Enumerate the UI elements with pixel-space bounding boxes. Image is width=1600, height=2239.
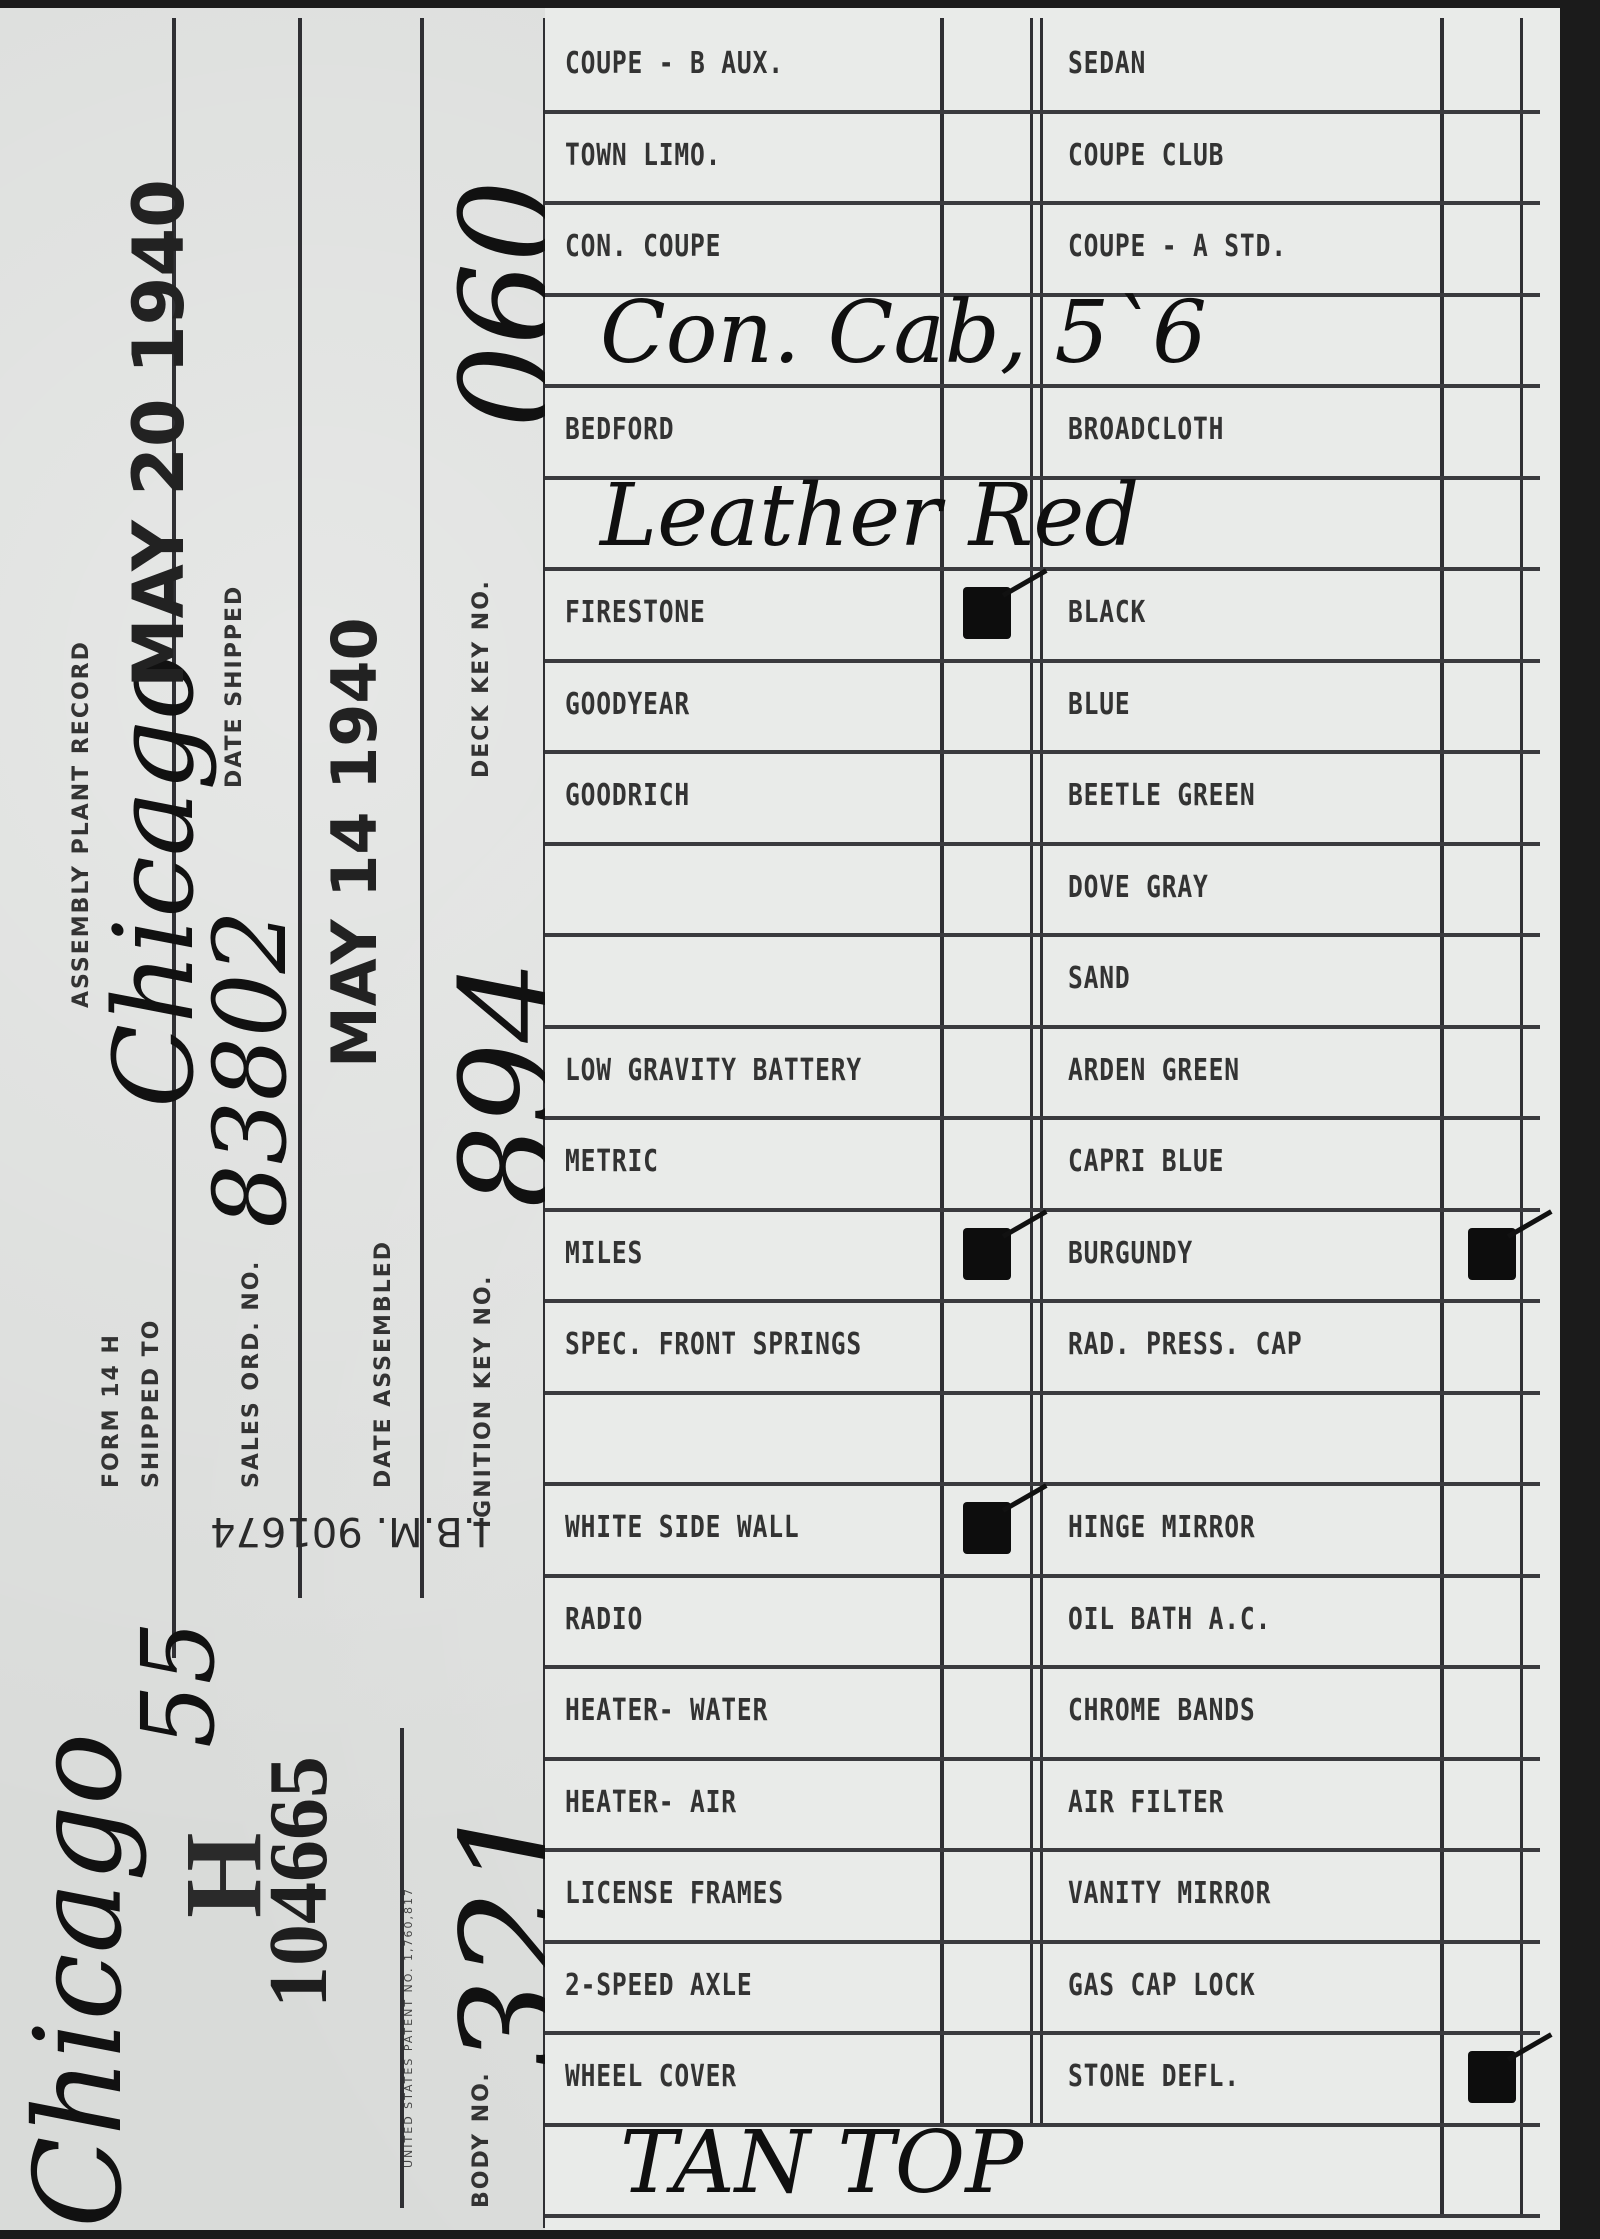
- option-label-left: FIRESTONE: [565, 595, 706, 630]
- form-label: FORM 14 H: [100, 1333, 124, 1488]
- patent-text: UNITED STATES PATENT NO. 1,760,817: [402, 1887, 415, 2168]
- option-label-right: ARDEN GREEN: [1068, 1053, 1240, 1088]
- deck-key-label: DECK KEY NO.: [470, 579, 494, 778]
- date-shipped-label-text: DATE SHIPPED: [222, 585, 247, 788]
- option-label-right: BEETLE GREEN: [1068, 778, 1256, 813]
- row-divider: [545, 1574, 1540, 1578]
- row-divider: [545, 1665, 1540, 1669]
- divider: [298, 18, 302, 1598]
- option-label-right: BURGUNDY: [1068, 1236, 1193, 1271]
- row-divider: [545, 842, 1540, 846]
- option-label-right: STONE DEFL.: [1068, 2059, 1240, 2094]
- option-label-left: RADIO: [565, 1602, 643, 1637]
- serial-prefix: H: [160, 1832, 287, 1918]
- option-label-left: MILES: [565, 1236, 643, 1271]
- sales-ord-value: 83802: [192, 910, 309, 1228]
- row-divider: [545, 201, 1540, 205]
- row-divider: [545, 2214, 1540, 2218]
- option-label-left: HEATER- WATER: [565, 1693, 768, 1728]
- option-label-right: AIR FILTER: [1068, 1785, 1224, 1820]
- row-divider: [545, 659, 1540, 663]
- handwritten-entry: Leather Red: [600, 466, 1139, 566]
- ignition-key-label: IGNITION KEY NO.: [472, 1275, 496, 1528]
- option-label-left: WHEEL COVER: [565, 2059, 737, 2094]
- option-label-right: DOVE GRAY: [1068, 870, 1209, 905]
- option-label-right: BLUE: [1068, 687, 1131, 722]
- option-label-left: GOODYEAR: [565, 687, 690, 722]
- option-label-left: CON. COUPE: [565, 229, 721, 264]
- option-label-left: GOODRICH: [565, 778, 690, 813]
- option-label-left: 2-SPEED AXLE: [565, 1968, 753, 2003]
- option-label-right: GAS CAP LOCK: [1068, 1968, 1256, 2003]
- option-label-right: BROADCLOTH: [1068, 412, 1224, 447]
- row-divider: [545, 1025, 1540, 1029]
- row-divider: [545, 1848, 1540, 1852]
- handwritten-code: 55: [120, 1621, 237, 1748]
- handwritten-entry: Con. Cab, 5`6: [600, 283, 1207, 383]
- date-assembled-value: MAY 14 1940: [318, 617, 391, 1068]
- row-divider: [545, 1299, 1540, 1303]
- option-label-right: OIL BATH A.C.: [1068, 1602, 1271, 1637]
- sales-ord-label: SALES ORD. NO.: [240, 1260, 264, 1488]
- date-shipped-label: DATE SHIPPED: [222, 585, 248, 788]
- row-divider: [545, 1757, 1540, 1761]
- option-label-left: WHITE SIDE WALL: [565, 1510, 799, 1545]
- option-label-left: METRIC: [565, 1144, 659, 1179]
- row-divider: [545, 933, 1540, 937]
- row-divider: [545, 384, 1540, 388]
- body-no-label: BODY NO.: [470, 2071, 494, 2208]
- row-divider: [545, 2031, 1540, 2035]
- option-label-left: LICENSE FRAMES: [565, 1876, 784, 1911]
- row-divider: [545, 110, 1540, 114]
- ibm-number: I.B.M. 901674: [210, 1508, 487, 1554]
- option-label-left: COUPE - B AUX.: [565, 46, 784, 81]
- option-label-right: BLACK: [1068, 595, 1146, 630]
- handwritten-plant: Chicago: [10, 1733, 149, 2228]
- option-label-right: HINGE MIRROR: [1068, 1510, 1256, 1545]
- option-label-right: COUPE - A STD.: [1068, 229, 1287, 264]
- row-divider: [545, 1116, 1540, 1120]
- option-label-left: HEATER- AIR: [565, 1785, 737, 1820]
- option-label-right: SAND: [1068, 961, 1131, 996]
- divider: [420, 18, 424, 1598]
- row-divider: [545, 1391, 1540, 1395]
- option-label-right: COUPE CLUB: [1068, 138, 1224, 173]
- shipped-to-label: SHIPPED TO: [140, 1319, 164, 1488]
- row-divider: [545, 1940, 1540, 1944]
- option-label-right: VANITY MIRROR: [1068, 1876, 1271, 1911]
- option-label-right: RAD. PRESS. CAP: [1068, 1327, 1302, 1362]
- assembly-plant-record-card: ASSEMBLY PLANT RECORD FORM 14 H SHIPPED …: [0, 8, 1560, 2230]
- row-divider: [545, 750, 1540, 754]
- option-label-left: BEDFORD: [565, 412, 674, 447]
- option-label-left: LOW GRAVITY BATTERY: [565, 1053, 862, 1088]
- option-label-right: CHROME BANDS: [1068, 1693, 1256, 1728]
- option-label-left: SPEC. FRONT SPRINGS: [565, 1327, 862, 1362]
- option-label-right: CAPRI BLUE: [1068, 1144, 1224, 1179]
- date-shipped-value: MAY 20 1940: [118, 179, 200, 688]
- date-assembled-label: DATE ASSEMBLED: [372, 1240, 396, 1488]
- handwritten-entry: TAN TOP: [620, 2113, 1023, 2213]
- option-label-right: SEDAN: [1068, 46, 1146, 81]
- option-label-left: TOWN LIMO.: [565, 138, 721, 173]
